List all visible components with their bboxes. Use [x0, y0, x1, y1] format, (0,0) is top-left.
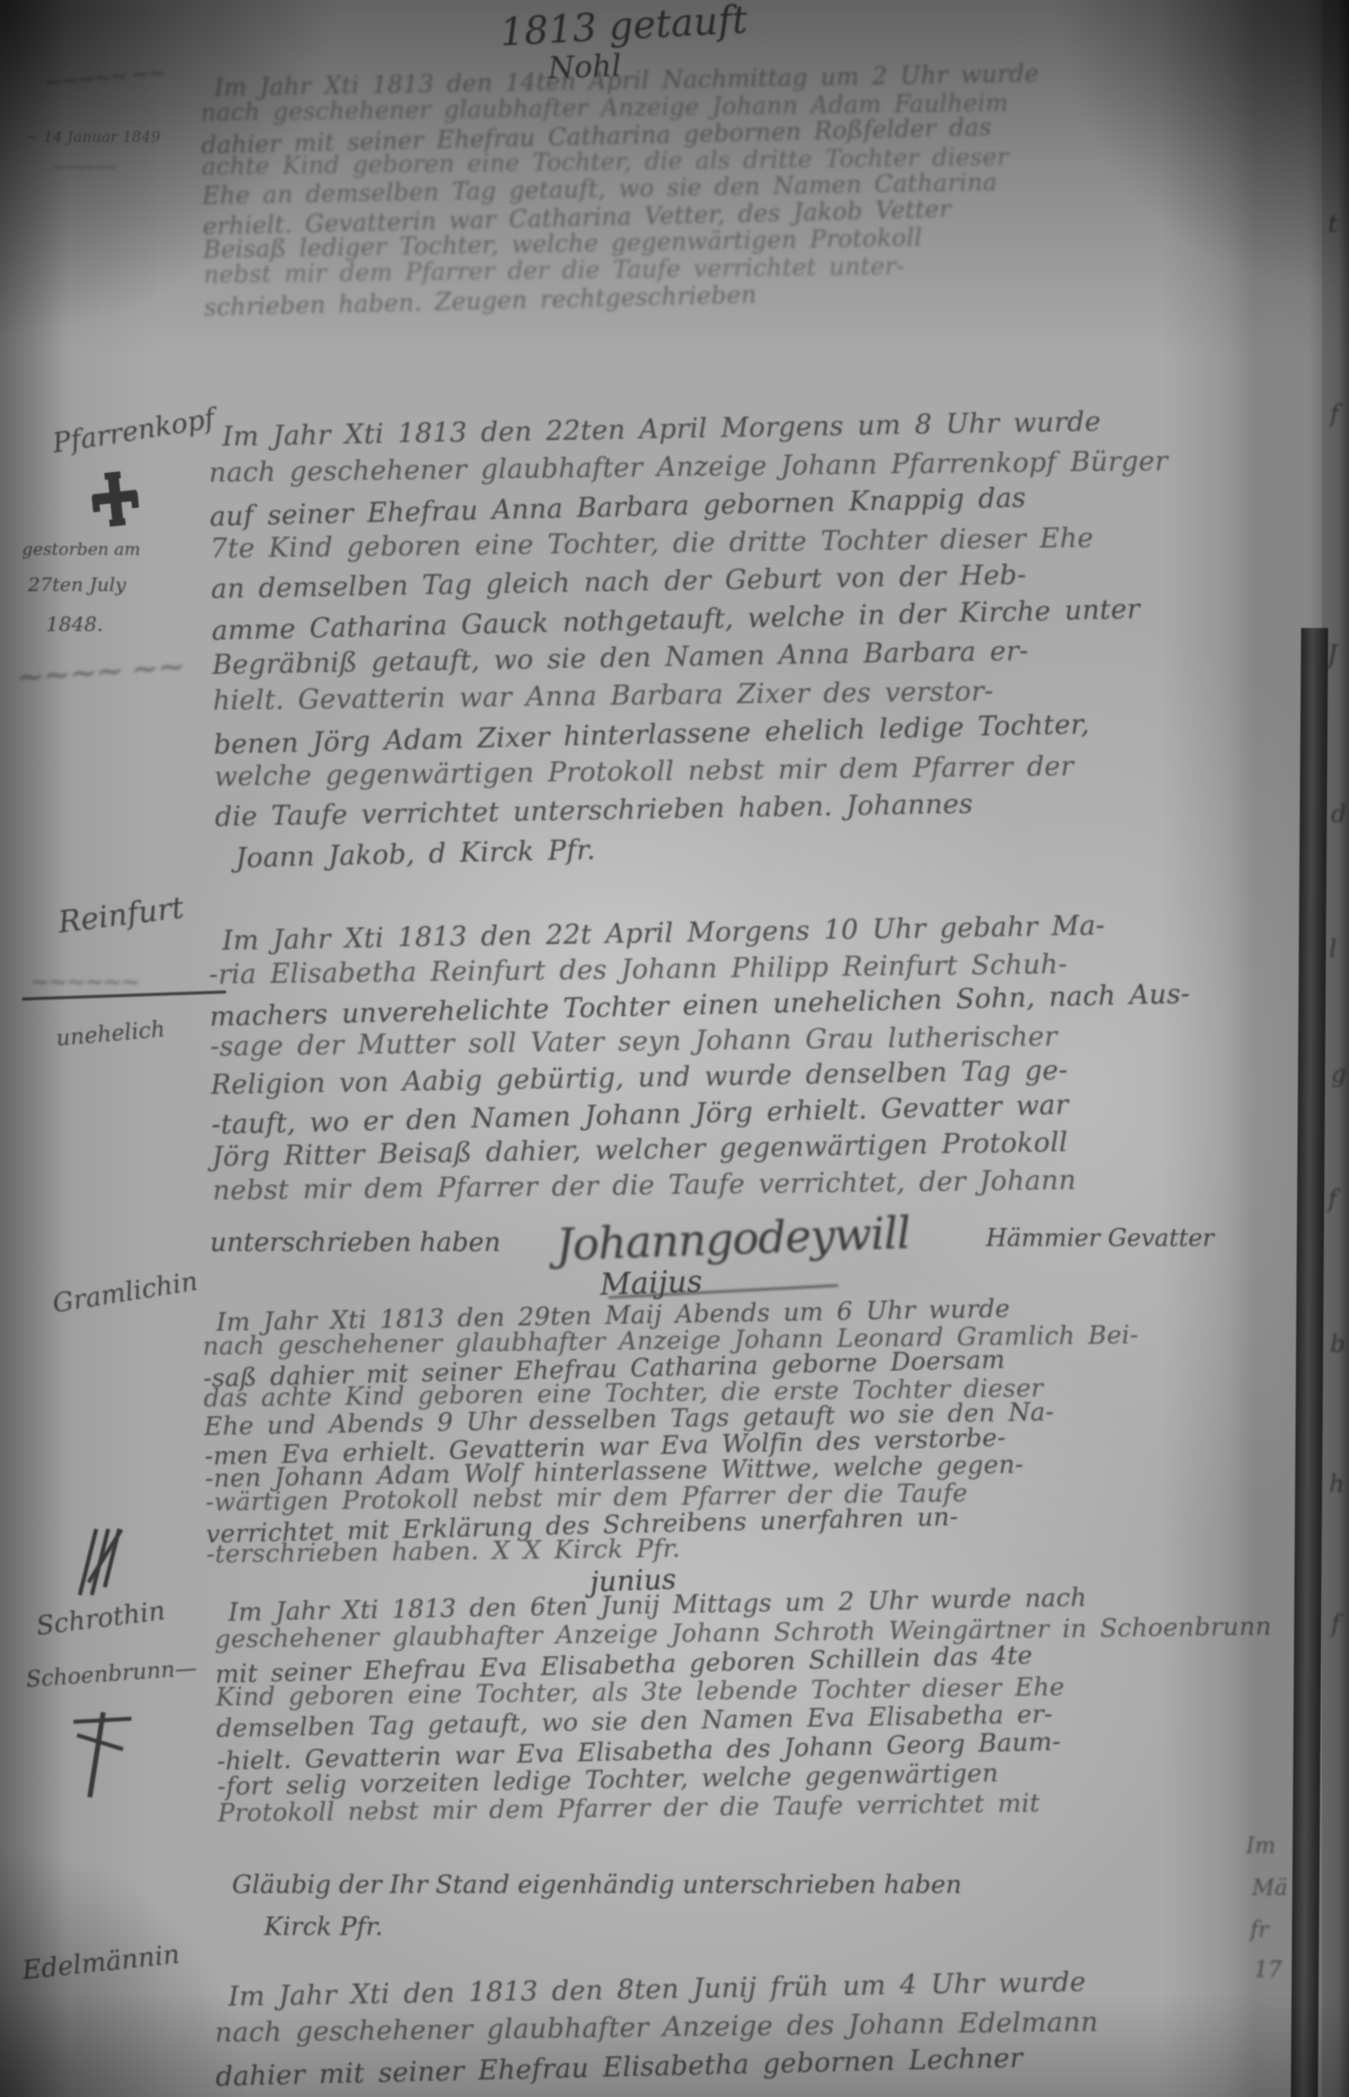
edge-text-fragment: J	[1327, 640, 1337, 670]
margin-struck-word: ~~~~~~	[30, 968, 139, 996]
godfather-signature: Johanngodeywill	[555, 1208, 911, 1271]
edge-text-fragment: l	[1329, 935, 1337, 963]
page-edge-fragment: 17	[1254, 1958, 1282, 1983]
record-closing-line: Gläubig der Ihr Stand eigenhändig unters…	[232, 1870, 962, 1899]
margin-surname-pfarrenkopf: Pfarrenkopf	[51, 403, 217, 459]
margin-surname-edelmaennin: Edelmännin	[21, 1940, 181, 1986]
baptism-record-2: Im Jahr Xti 1813 den 22ten April Morgens…	[208, 406, 1116, 878]
edge-text-fragment: t	[1328, 210, 1338, 238]
cross-stroke	[87, 1712, 105, 1798]
margin-surname-reinfurt: Reinfurt	[56, 890, 185, 940]
scanned-page: t f J d l g f b h f 1813 getauft Nohl ~~…	[0, 0, 1349, 2097]
month-heading-may: Maijus	[599, 1264, 702, 1303]
margin-name-scribble: ~~~~~ ~~	[43, 61, 165, 96]
edge-text-fragment: g	[1331, 1060, 1346, 1088]
margin-surname-schrothin: Schrothin	[35, 1596, 167, 1642]
margin-death-note: 1848.	[46, 612, 103, 636]
edge-text-fragment: d	[1331, 800, 1346, 828]
page-edge-fragment: fr	[1250, 1918, 1269, 1943]
page-edge-fragment: Mä	[1252, 1876, 1288, 1901]
margin-death-note: 27ten July	[28, 574, 126, 596]
cross-stroke	[109, 518, 126, 527]
baptism-record-6: Im Jahr Xti den 1813 den 8ten Junij früh…	[214, 1966, 1116, 2096]
page-header-year: 1813 getauft	[499, 0, 748, 54]
margin-date-note: ~ 14 Januar 1849	[26, 128, 161, 146]
record-signature: Kirck Pfr.	[264, 1912, 383, 1941]
margin-place-schoenbrunn: Schoenbrunn—	[25, 1656, 197, 1693]
maltese-cross-icon	[89, 470, 140, 529]
tally-mark-icon	[72, 1524, 136, 1604]
adjacent-page-edge	[1322, 0, 1349, 2097]
baptism-record-4: Im Jahr Xti 1813 den 29ten Maij Abends u…	[202, 1292, 1106, 1568]
margin-extra-scribble: ~~~~~~	[52, 158, 115, 176]
baptism-record-5: Im Jahr Xti 1813 den 6ten Junij Mittags …	[214, 1582, 1138, 1830]
edge-text-fragment: b	[1330, 1330, 1345, 1358]
baptism-record-1: Im Jahr Xti 1813 den 14ten April Nachmit…	[200, 59, 1064, 317]
baptism-record-3: Im Jahr Xti 1813 den 22t April Morgens 1…	[208, 910, 1133, 1214]
edge-text-fragment: f	[1328, 1185, 1337, 1213]
edge-text-fragment: f	[1331, 1610, 1340, 1638]
margin-death-note: gestorben am	[22, 540, 140, 560]
cross-stroke	[130, 492, 139, 509]
page-edge-fragment: Im	[1246, 1834, 1276, 1859]
margin-status-unehelich: unehelich	[55, 1017, 166, 1051]
edge-text-fragment: f	[1330, 400, 1339, 428]
margin-signature-scribble: ~~~~ ~~	[15, 646, 185, 698]
godfather-signature-note: Hämmier Gevatter	[986, 1224, 1214, 1252]
record-signature-lead: unterschrieben haben	[210, 1228, 501, 1258]
double-cross-mark-icon	[60, 1708, 137, 1803]
margin-surname-gramlichin: Gramlichin	[51, 1267, 200, 1320]
edge-text-fragment: h	[1329, 1470, 1344, 1498]
